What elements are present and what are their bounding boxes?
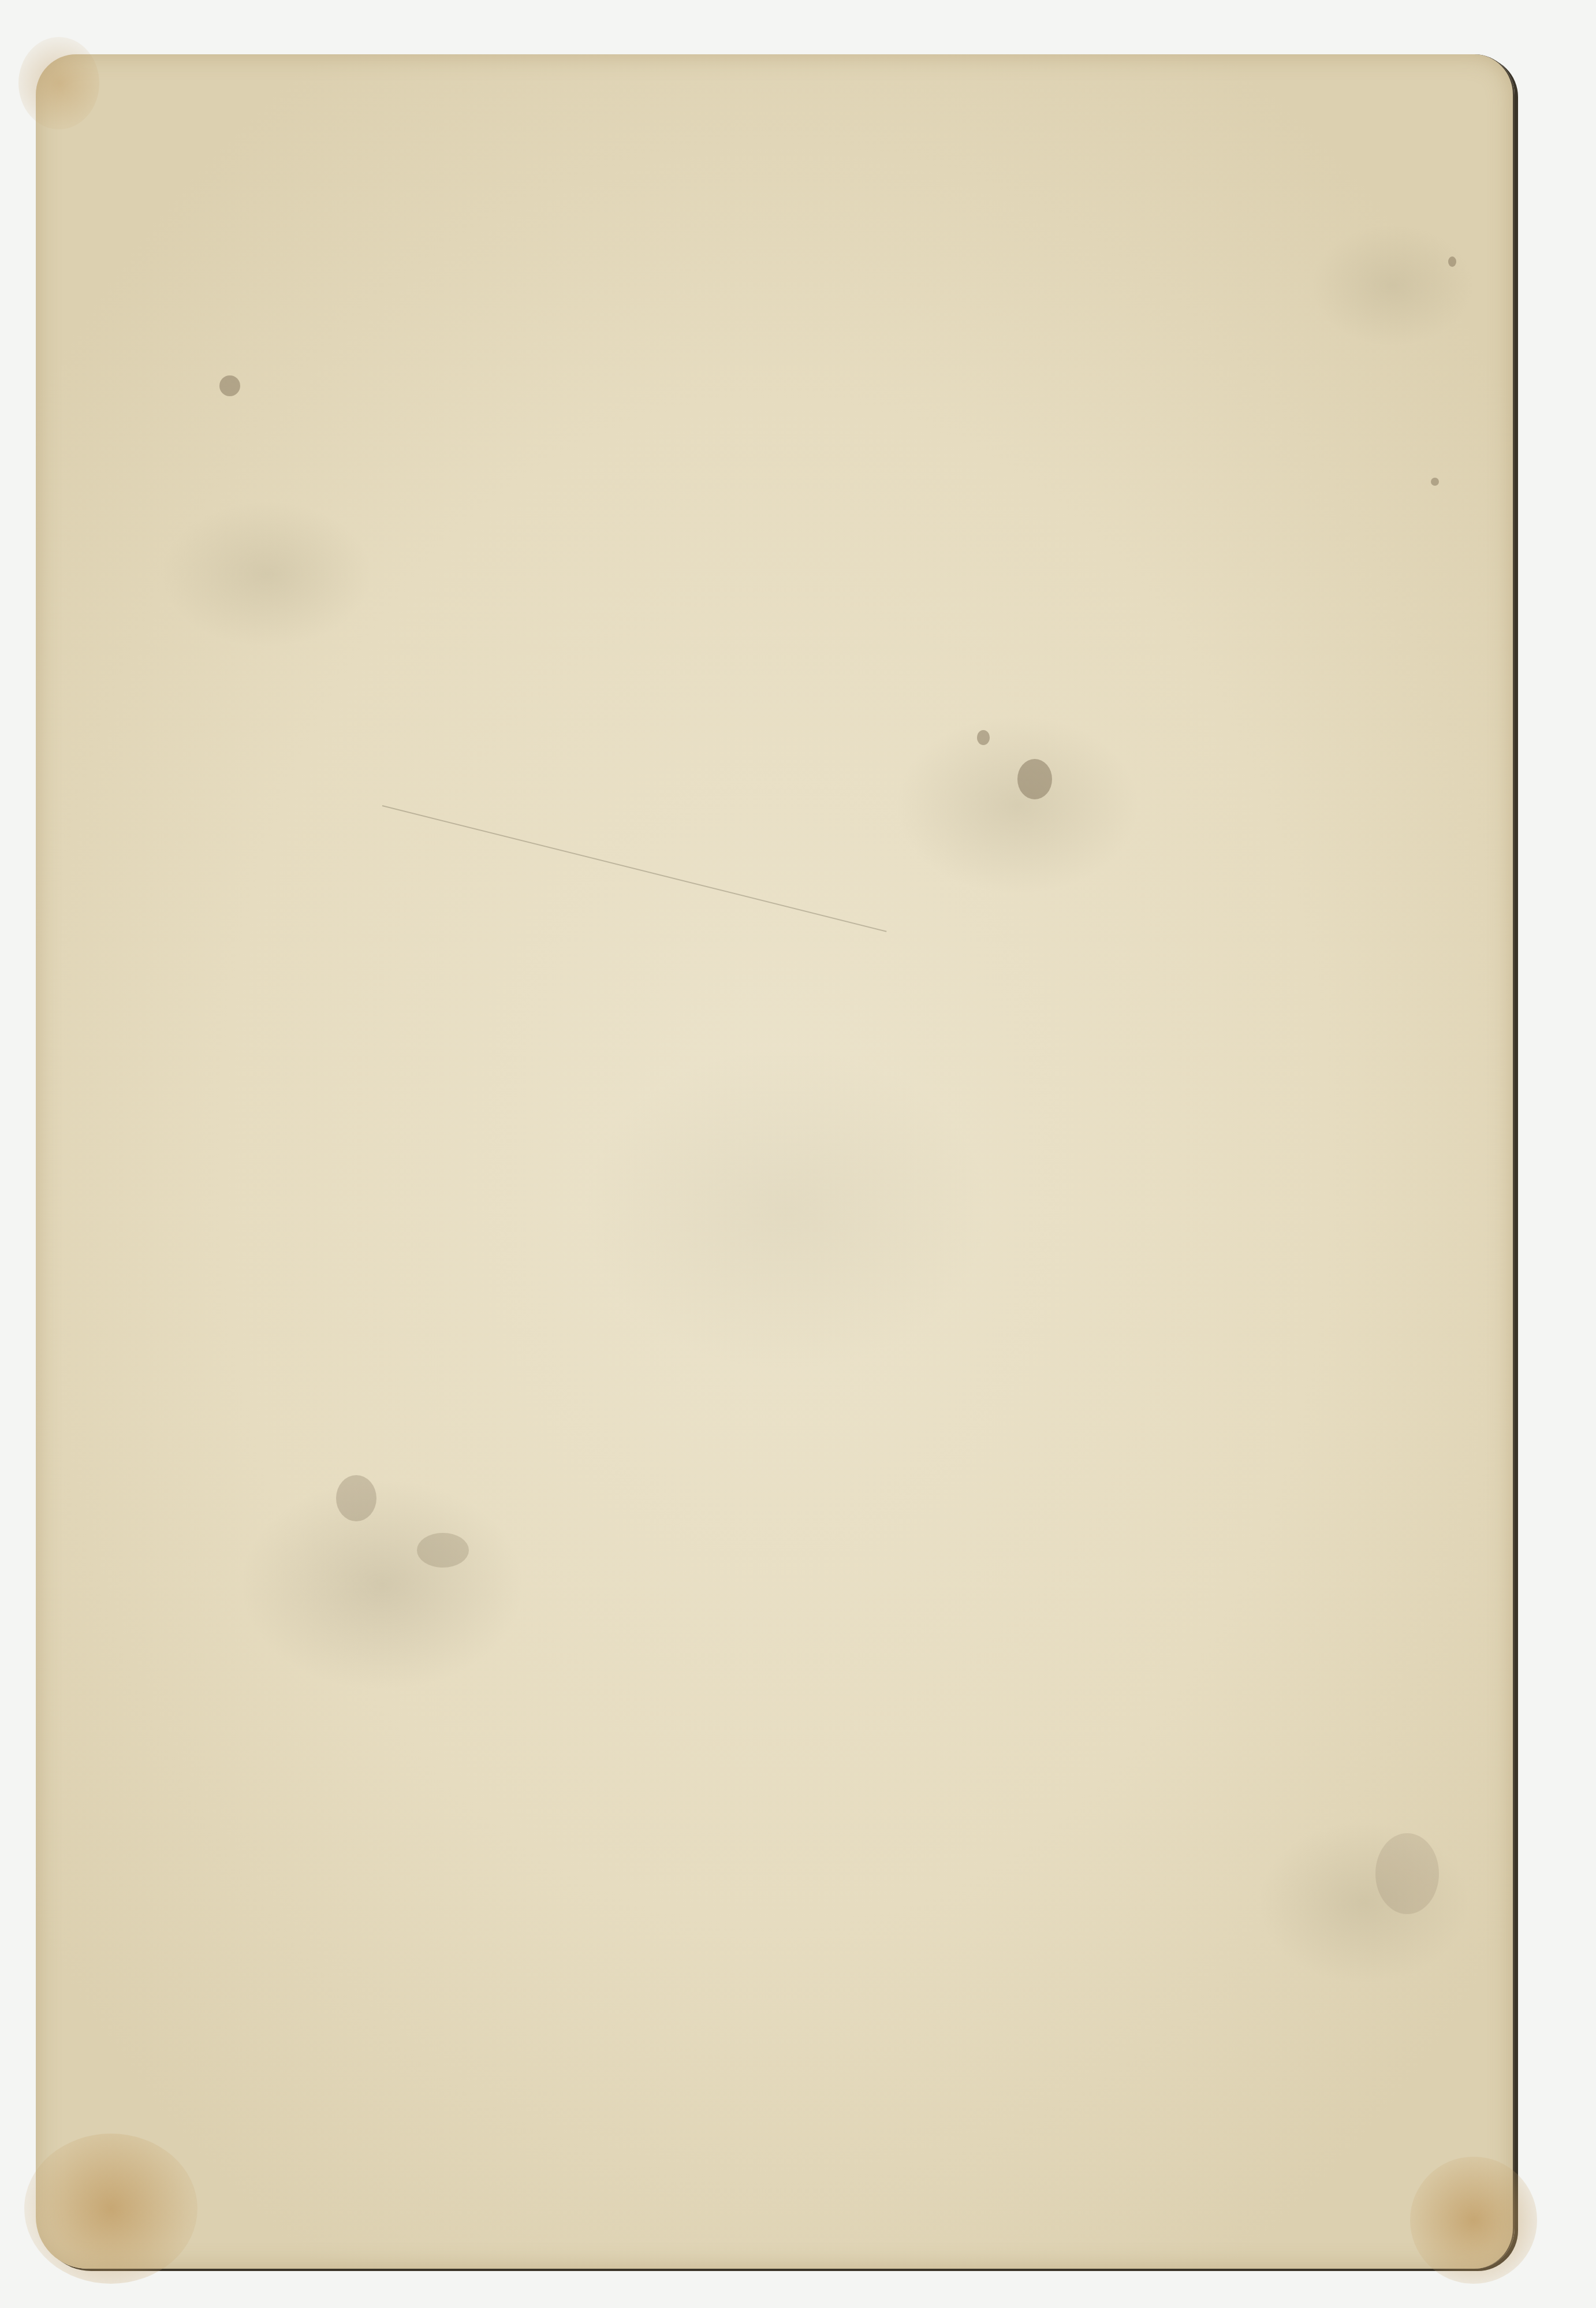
cabinet-card-back xyxy=(36,54,1515,2269)
scratch-mark xyxy=(382,805,887,932)
spot-stain xyxy=(1431,478,1439,486)
smudge-stain xyxy=(1375,1833,1439,1914)
fingerprint-stain xyxy=(977,730,990,745)
spot-stain xyxy=(1448,256,1456,267)
smudge-stain xyxy=(417,1533,469,1568)
smudge-stain xyxy=(336,1475,376,1521)
corner-wear xyxy=(24,2134,197,2284)
corner-wear xyxy=(18,37,99,129)
spot-stain xyxy=(219,375,240,396)
fingerprint-stain xyxy=(1017,759,1052,799)
corner-wear xyxy=(1410,2157,1537,2284)
